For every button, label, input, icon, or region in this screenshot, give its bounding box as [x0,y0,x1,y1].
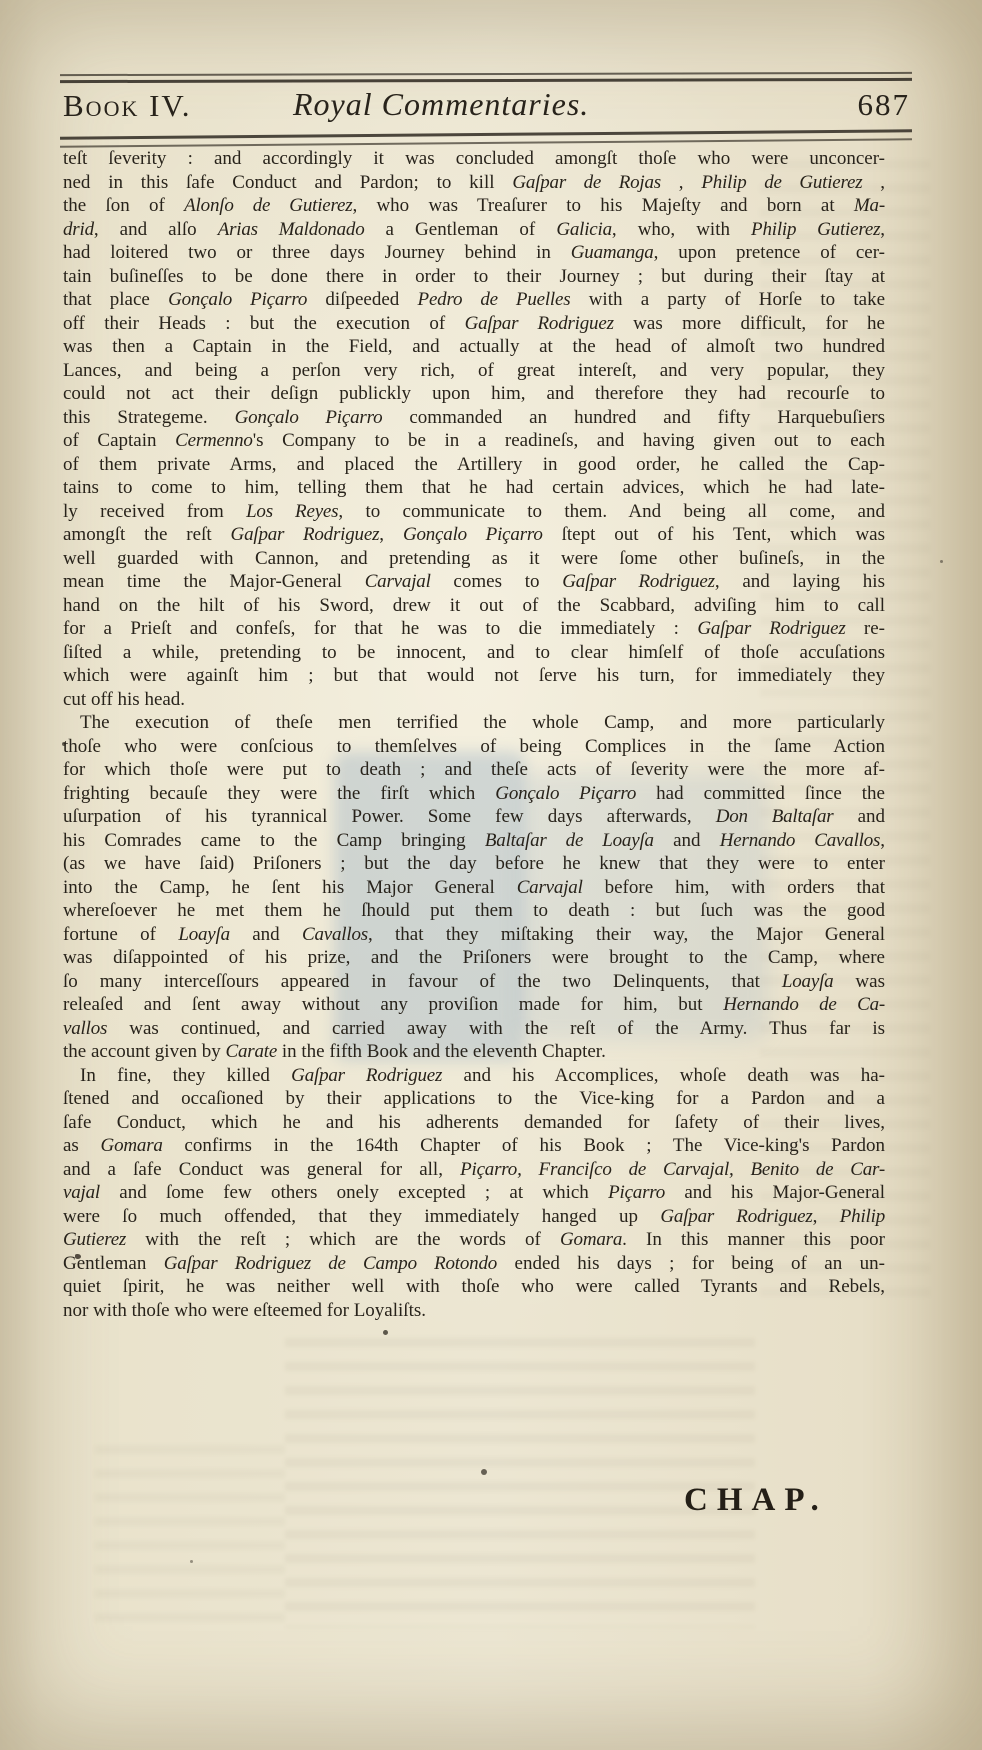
text-line: mean time the Major-General Carvajal com… [63,570,885,594]
header-rule-top-thick [60,78,912,83]
page-header: Book IV. Royal Commentaries. 687 [63,86,912,134]
roman-text: and [654,830,720,851]
text-line: whereſoever he met them he ſhould put th… [63,899,885,923]
text-line: his Comrades came to the Camp bringing B… [63,829,885,853]
italic-text: Carvajal [517,877,583,898]
text-line: vallos was continued, and carried away w… [63,1017,885,1041]
text-line: ſafe Conduct, which he and his adherents… [63,1111,885,1135]
italic-text: Gonçalo Piçarro [495,783,636,804]
book-page: Book IV. Royal Commentaries. 687 teſt ſe… [0,0,982,1750]
roman-text: re- [846,618,885,639]
text-line: (as we have ſaid) Priſoners ; but the da… [63,852,885,876]
roman-text: of them private Arms, and placed the Art… [63,454,885,475]
running-title: Royal Commentaries. [293,86,589,123]
roman-text: ſtened and occaſioned by their applicati… [63,1088,885,1109]
roman-text: 's Company to be in a readineſs, and hav… [253,430,885,451]
text-line: quiet ſpirit, he was neither well with t… [63,1275,885,1299]
roman-text: , to communicate to them. And being all … [338,501,885,522]
italic-text: Piçarro [608,1182,665,1203]
roman-text: ſafe Conduct, which he and his adherents… [63,1112,885,1133]
text-line: amongſt the reſt Gaſpar Rodriguez, Gonça… [63,523,885,547]
text-line: as Gomara confirms in the 164th Chapter … [63,1134,885,1158]
italic-text: Gonçalo Piçarro [235,407,383,428]
text-line: In fine, they killed Gaſpar Rodriguez an… [63,1064,885,1088]
roman-text: , and alſo [94,219,218,240]
ink-speck [190,1560,193,1563]
roman-text: Gentleman [63,1253,164,1274]
roman-text: releaſed and ſent away without any provi… [63,994,723,1015]
text-line: tains to come to him, telling them that … [63,476,885,500]
italic-text: Philip [840,1206,885,1227]
roman-text: tains to come to him, telling them that … [63,477,885,498]
ink-speck [383,1330,388,1335]
italic-text: Gaſpar Rodriguez de Campo Rotondo [164,1253,497,1274]
roman-text: ended his days ; for being of an un- [497,1253,885,1274]
text-line: vajal and ſome few others onely excepted… [63,1181,885,1205]
text-line: thoſe who were conſcious to themſelves o… [63,735,885,759]
roman-text: , [813,1206,840,1227]
text-line: of them private Arms, and placed the Art… [63,453,885,477]
roman-text: that place [63,289,168,310]
roman-text: , who, with [612,219,751,240]
roman-text: the account given by [63,1041,226,1062]
roman-text: and ſome few others onely excepted ; at … [100,1182,608,1203]
text-line: well guarded with Cannon, and pretending… [63,547,885,571]
text-line: the ſon of Alonſo de Gutierez, who was T… [63,194,885,218]
ink-bleed-through [95,1445,285,1635]
text-line: frighting becauſe they were the firſt wh… [63,782,885,806]
roman-text: fortune of [63,924,178,945]
roman-text: ſo many interceſſours appeared in favour… [63,971,782,992]
ink-speck [940,560,943,563]
roman-text: hand on the hilt of his Sword, drew it o… [63,595,885,616]
italic-text: Galicia [556,219,612,240]
paragraph: The execution of theſe men terrified the… [63,711,885,1064]
roman-text: ned in this ſafe Conduct and Pardon; to … [63,172,512,193]
text-body: teſt ſeverity : and accordingly it was c… [63,147,885,1322]
italic-text: Gaſpar Rodriguez [660,1206,812,1227]
italic-text: Pedro de Puelles [418,289,571,310]
italic-text: Don Baltaſar [716,806,834,827]
roman-text: amongſt the reſt [63,524,231,545]
italic-text: Piçarro, Franciſco de Carvajal, Benito d… [460,1159,885,1180]
roman-text: teſt ſeverity : and accordingly it was c… [63,148,885,169]
italic-text: Baltaſar de Loayſa [485,830,654,851]
roman-text: , who was Treaſurer to his Majeſty and b… [352,195,853,216]
text-line: ly received from Los Reyes, to communica… [63,500,885,524]
roman-text: mean time the Major-General [63,571,365,592]
text-line: Lances, and being a perſon very rich, of… [63,359,885,383]
roman-text: frighting becauſe they were the firſt wh… [63,783,495,804]
roman-text: this Strategeme. [63,407,235,428]
roman-text: was then a Captain in the Field, and act… [63,336,885,357]
italic-text: Los Reyes [246,501,338,522]
roman-text: in the fifth Book and the eleventh Chapt… [277,1041,606,1062]
roman-text: confirms in the 164th Chapter of his Boo… [163,1135,885,1156]
roman-text: , [880,219,885,240]
italic-text: Guamanga [571,242,654,263]
paragraph: In fine, they killed Gaſpar Rodriguez an… [63,1064,885,1323]
text-line: were ſo much offended, that they immedia… [63,1205,885,1229]
text-line: the account given by Carate in the fifth… [63,1040,885,1064]
italic-text: Gonçalo Piçarro [168,289,307,310]
text-line: which were againſt him ; but that would … [63,664,885,688]
text-line: off their Heads : but the execution of G… [63,312,885,336]
text-line: and a ſafe Conduct was general for all, … [63,1158,885,1182]
roman-text: ly received from [63,501,246,522]
roman-text: which were againſt him ; but that would … [63,665,885,686]
roman-text: , that they miſtaking their way, the Maj… [368,924,885,945]
text-line: drid, and alſo Arias Maldonado a Gentlem… [63,218,885,242]
text-line: tain buſineſſes to be done there in orde… [63,265,885,289]
roman-text: , [661,172,701,193]
roman-text: , [880,830,885,851]
text-line: teſt ſeverity : and accordingly it was c… [63,147,885,171]
roman-text: as [63,1135,101,1156]
roman-text: uſurpation of his tyrannical Power. Some… [63,806,716,827]
roman-text: quiet ſpirit, he was neither well with t… [63,1276,885,1297]
text-line: ned in this ſafe Conduct and Pardon; to … [63,171,885,195]
text-line: ſo many interceſſours appeared in favour… [63,970,885,994]
roman-text: off their Heads : but the execution of [63,313,465,334]
text-line: releaſed and ſent away without any provi… [63,993,885,1017]
text-line: The execution of theſe men terrified the… [63,711,885,735]
roman-text: and his Major-General [665,1182,885,1203]
roman-text: . In this manner this poor [622,1229,885,1250]
roman-text: had committed ſince the [636,783,885,804]
text-line: ſtened and occaſioned by their applicati… [63,1087,885,1111]
roman-text: could not act their deſign publickly upo… [63,383,885,404]
roman-text: was more difficult, for he [614,313,885,334]
italic-text: Philip Gutierez [751,219,880,240]
roman-text: and his Accomplices, whoſe death was ha- [442,1065,885,1086]
roman-text: with a party of Horſe to take [570,289,885,310]
roman-text: his Comrades came to the Camp bringing [63,830,485,851]
paragraph: teſt ſeverity : and accordingly it was c… [63,147,885,711]
italic-text: Carvajal [365,571,431,592]
text-line: uſurpation of his tyrannical Power. Some… [63,805,885,829]
roman-text: (as we have ſaid) Priſoners ; but the da… [63,853,885,874]
roman-text: cut off his head. [63,689,185,710]
roman-text: The execution of theſe men terrified the… [80,712,885,733]
roman-text: whereſoever he met them he ſhould put th… [63,900,885,921]
italic-text: Hernando Cavallos [720,830,880,851]
roman-text: of Captain [63,430,175,451]
italic-text: Gomara [101,1135,163,1156]
text-line: that place Gonçalo Piçarro diſpeeded Ped… [63,288,885,312]
italic-text: Loayſa [782,971,834,992]
roman-text: had loitered two or three days Journey b… [63,242,571,263]
roman-text: ſiſted a while, pretending to be innocen… [63,642,885,663]
italic-text: Gonçalo Piçarro [403,524,543,545]
italic-text: Gaſpar de Rojas [512,172,661,193]
italic-text: Gaſpar Rodriguez [231,524,380,545]
text-line: nor with thoſe who were eſteemed for Loy… [63,1299,885,1323]
roman-text: were ſo much offended, that they immedia… [63,1206,660,1227]
roman-text: , and laying his [715,571,885,592]
text-line: into the Camp, he ſent his Major General… [63,876,885,900]
italic-text: Loayſa [178,924,230,945]
text-line: for which thoſe were put to death ; and … [63,758,885,782]
roman-text: In fine, they killed [80,1065,291,1086]
roman-text: , [862,172,885,193]
text-line: was diſappointed of his prize, and the P… [63,946,885,970]
header-rule-top-thin [60,72,912,76]
text-line: Gentleman Gaſpar Rodriguez de Campo Roto… [63,1252,885,1276]
roman-text: and [833,806,885,827]
roman-text: was diſappointed of his prize, and the P… [63,947,885,968]
roman-text: tain buſineſſes to be done there in orde… [63,266,885,287]
roman-text: for which thoſe were put to death ; and … [63,759,885,780]
italic-text: Arias Maldonado [218,219,365,240]
italic-text: Ma- [854,195,885,216]
roman-text: , upon pretence of cer- [654,242,885,263]
roman-text: comes to [431,571,563,592]
roman-text: diſpeeded [307,289,417,310]
italic-text: Cavallos [302,924,368,945]
italic-text: Gaſpar Rodriguez [562,571,715,592]
italic-text: Carate [226,1041,278,1062]
text-line: was then a Captain in the Field, and act… [63,335,885,359]
roman-text: and a ſafe Conduct was general for all, [63,1159,460,1180]
roman-text: the ſon of [63,195,184,216]
book-label: Book IV. [63,88,192,124]
text-line: this Strategeme. Gonçalo Piçarro command… [63,406,885,430]
text-line: Gutierez with the reſt ; which are the w… [63,1228,885,1252]
roman-text: was [833,971,885,992]
text-line: fortune of Loayſa and Cavallos, that the… [63,923,885,947]
page-number: 687 [858,87,911,123]
roman-text: , [379,524,403,545]
italic-text: Cermenno [175,430,253,451]
roman-text: a Gentleman of [365,219,557,240]
roman-text: with the reſt ; which are the words of [126,1229,560,1250]
text-line: ſiſted a while, pretending to be innocen… [63,641,885,665]
catchword: CHAP. [684,1482,828,1519]
italic-text: drid [63,219,94,240]
roman-text: thoſe who were conſcious to themſelves o… [63,736,885,757]
roman-text: Lances, and being a perſon very rich, of… [63,360,885,381]
italic-text: Gaſpar Rodriguez [465,313,614,334]
text-line: had loitered two or three days Journey b… [63,241,885,265]
italic-text: Gutierez [63,1229,126,1250]
italic-text: Gaſpar Rodriguez [291,1065,442,1086]
italic-text: Hernando de Ca- [723,994,885,1015]
italic-text: Gomara [560,1229,622,1250]
roman-text: commanded an hundred and fifty Harquebuſ… [382,407,885,428]
italic-text: Alonſo de Gutierez [184,195,352,216]
roman-text: before him, with orders that [583,877,885,898]
text-line: for a Prieſt and confeſs, for that he wa… [63,617,885,641]
italic-text: vajal [63,1182,100,1203]
italic-text: Philip de Gutierez [701,172,862,193]
text-line: cut off his head. [63,688,885,712]
roman-text: well guarded with Cannon, and pretending… [63,548,885,569]
italic-text: Gaſpar Rodriguez [697,618,845,639]
text-line: could not act their deſign publickly upo… [63,382,885,406]
italic-text: vallos [63,1018,107,1039]
roman-text: nor with thoſe who were eſteemed for Loy… [63,1300,426,1321]
text-line: of Captain Cermenno's Company to be in a… [63,429,885,453]
roman-text: was continued, and carried away with the… [107,1018,885,1039]
roman-text: into the Camp, he ſent his Major General [63,877,517,898]
roman-text: for a Prieſt and confeſs, for that he wa… [63,618,697,639]
ink-speck [481,1469,487,1475]
roman-text: ſtept out of his Tent, which was [543,524,885,545]
text-line: hand on the hilt of his Sword, drew it o… [63,594,885,618]
roman-text: and [230,924,302,945]
